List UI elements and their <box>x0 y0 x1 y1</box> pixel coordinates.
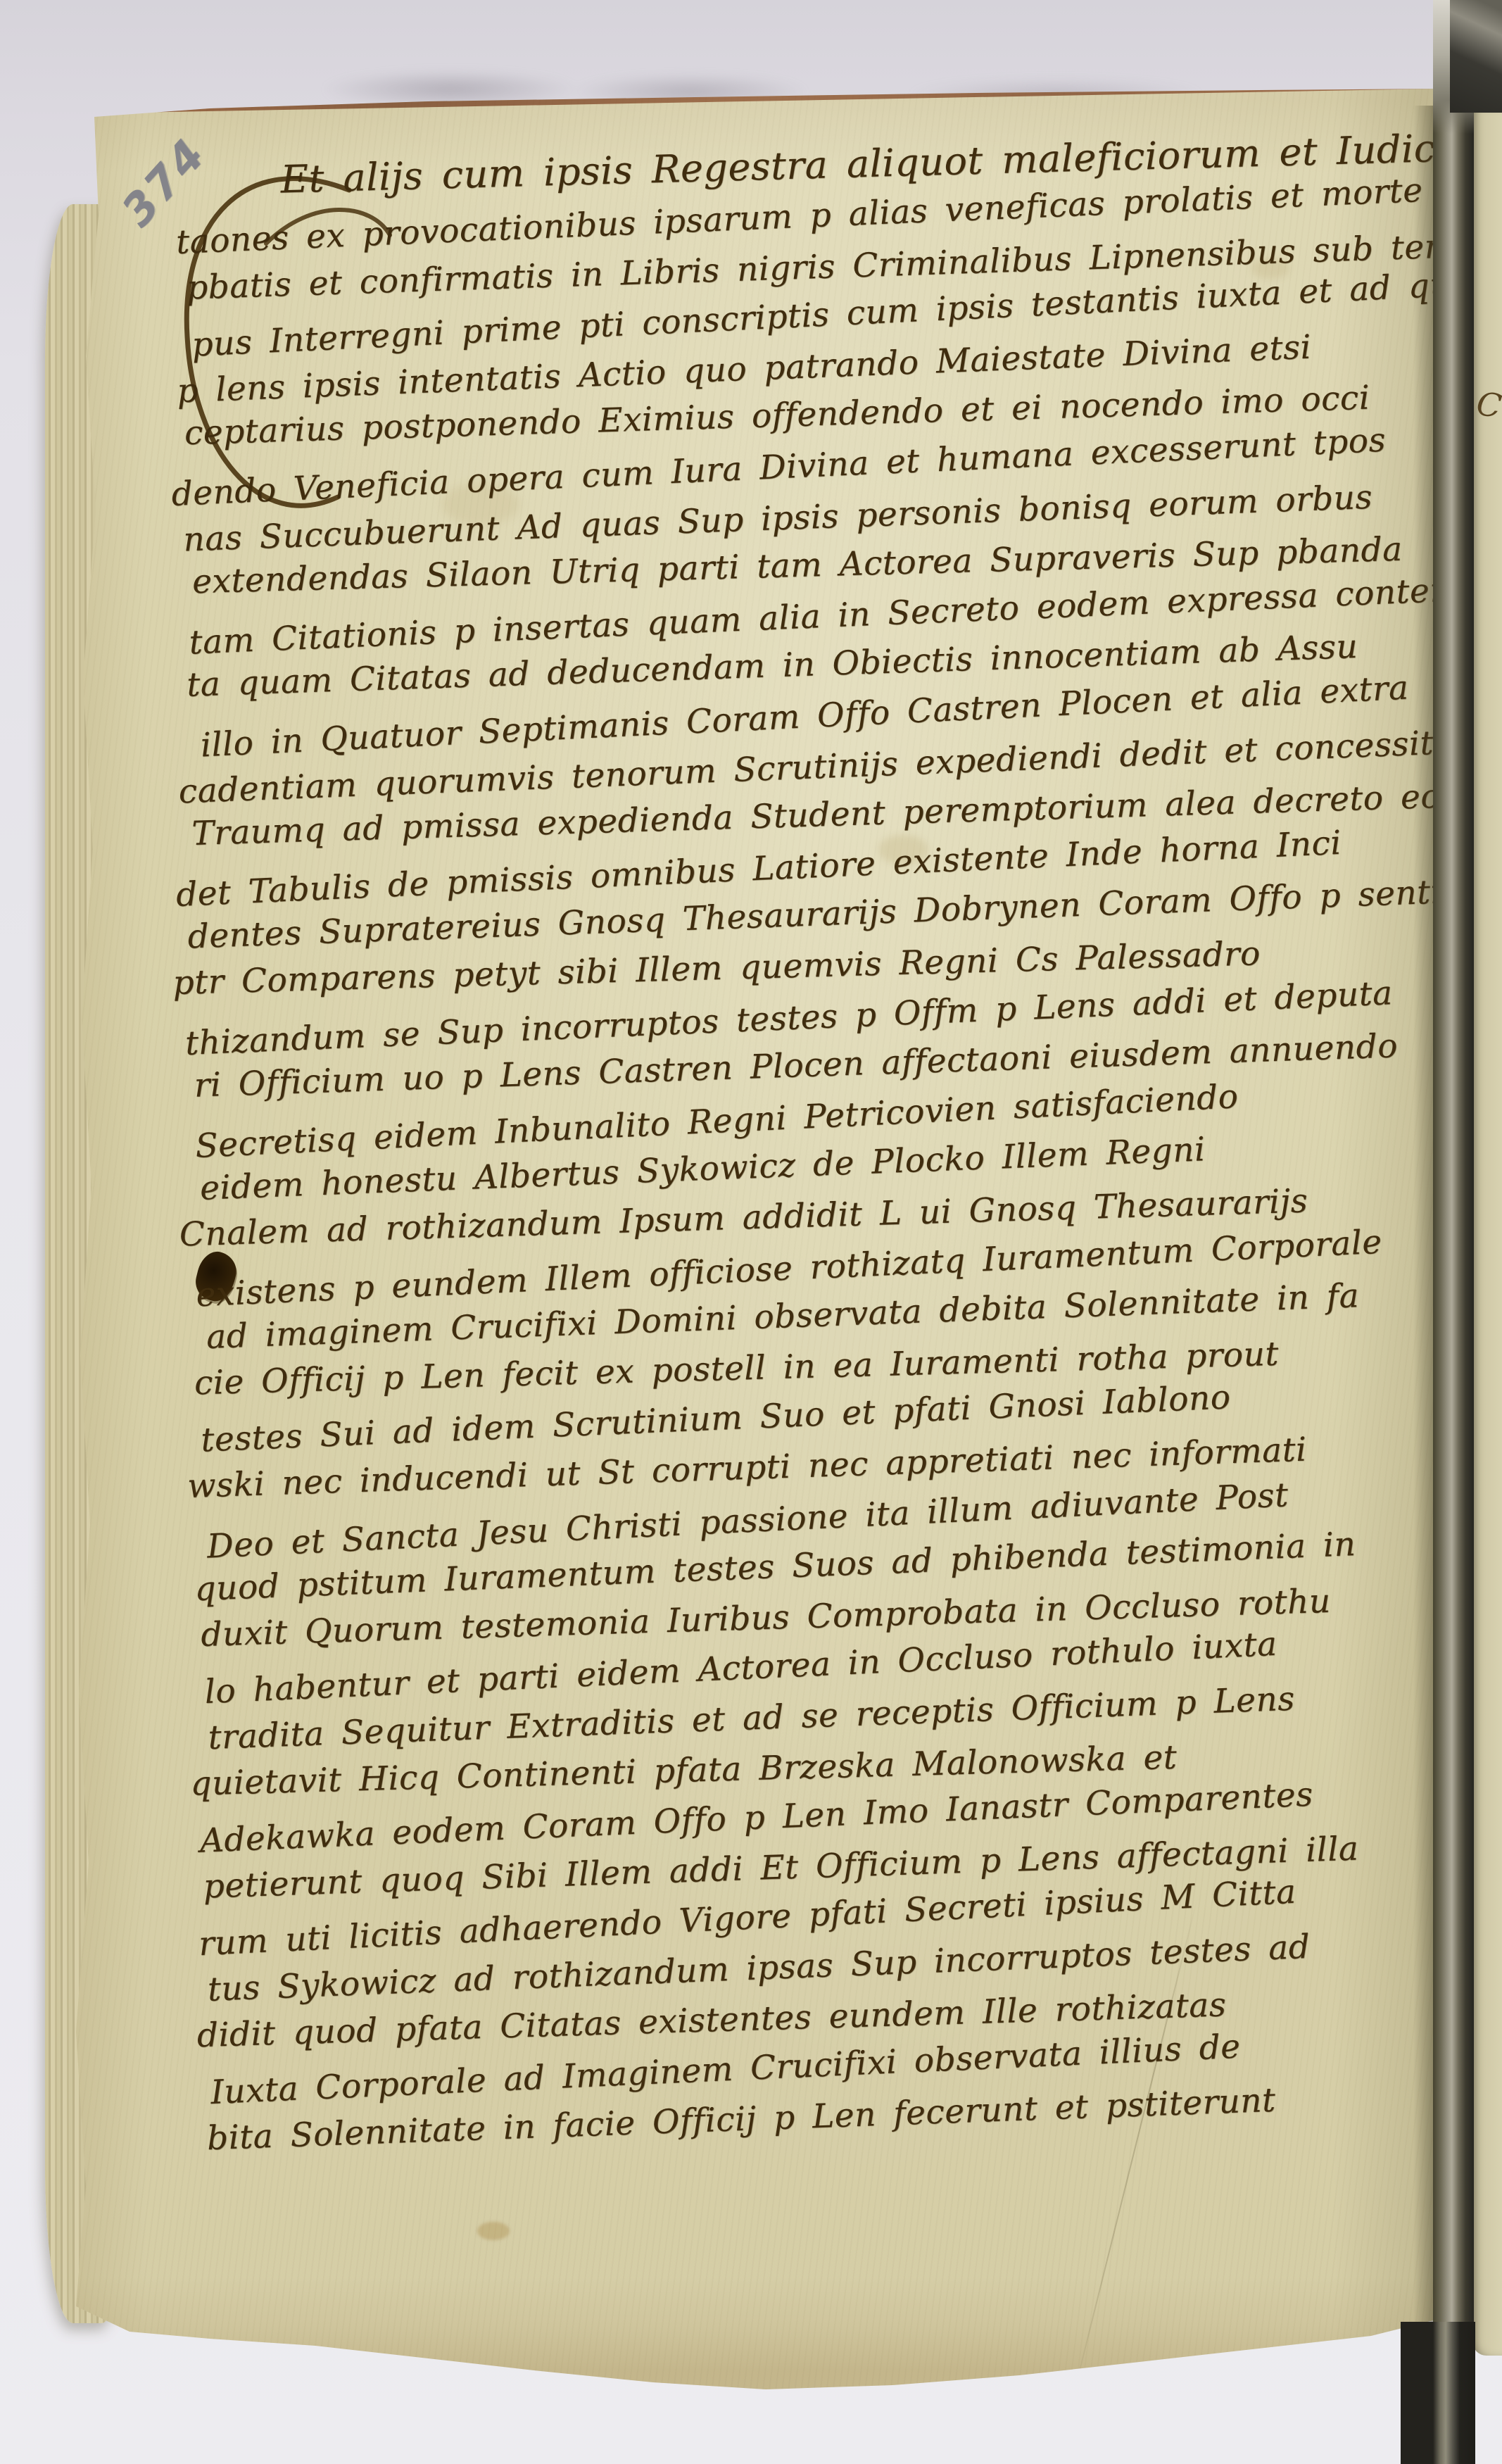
adjacent-page: C <box>1472 110 1502 2356</box>
rod-top-dark-corner <box>1450 0 1502 113</box>
adjacent-page-ink-mark: C <box>1474 384 1502 425</box>
manuscript-text-block: Et alijs cum ipsis Regestra aliquot male… <box>160 132 1471 2150</box>
book-clamp-rod <box>1433 0 1474 2464</box>
photo-scene: 374 Et alijs cum ipsis Regestra aliquot … <box>0 0 1502 2464</box>
paper-stain <box>477 2222 510 2240</box>
rod-bottom-dark <box>1401 2322 1475 2464</box>
manuscript-page: 374 Et alijs cum ipsis Regestra aliquot … <box>62 89 1439 2389</box>
